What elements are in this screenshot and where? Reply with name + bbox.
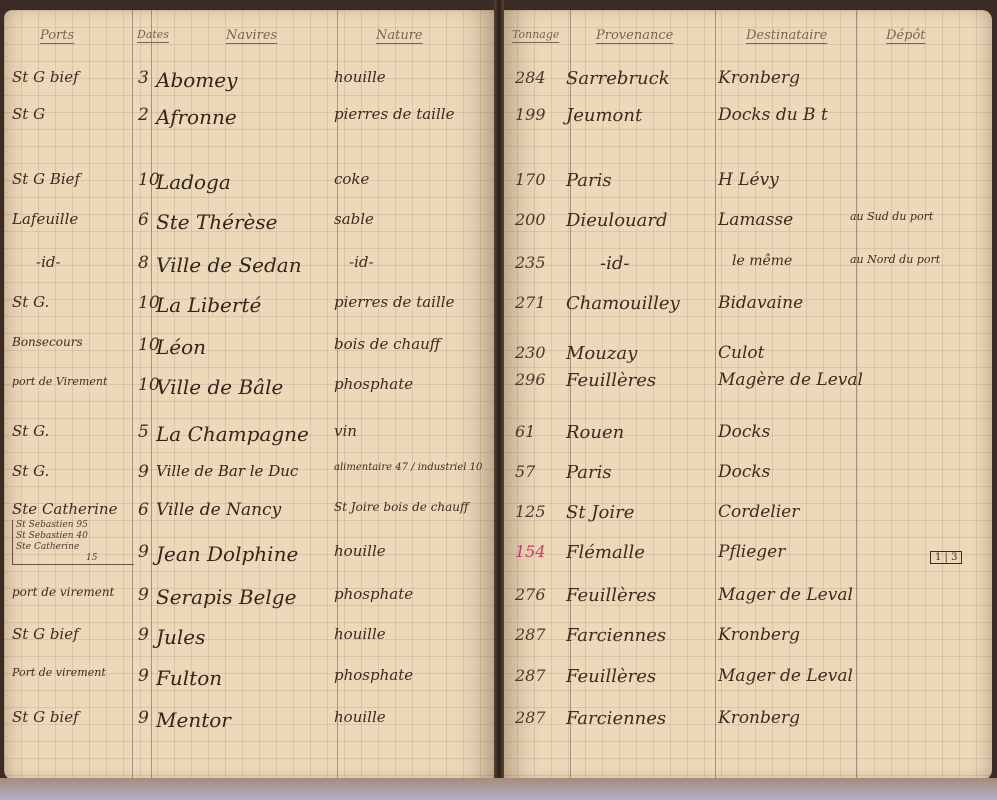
ledger-row: St G. 9 Ville de Bar le Duc alimentaire … xyxy=(4,462,497,496)
nature-cell: sable xyxy=(334,210,374,228)
ledger-row: 284 Sarrebruck Kronberg xyxy=(500,68,992,102)
tonnage-cell: 287 xyxy=(515,666,546,685)
date-cell: 2 xyxy=(138,105,149,125)
destinataire-cell: Culot xyxy=(718,343,764,363)
ledger-row: port de Virement 10 Ville de Bâle phosph… xyxy=(4,375,497,409)
port-cell: Port de virement xyxy=(12,666,137,679)
nature-cell: St Joire bois de chauff xyxy=(334,500,469,514)
ledger-row: port de virement 9 Serapis Belge phospha… xyxy=(4,585,497,619)
ledger-row: 154 Flémalle Pflieger xyxy=(500,542,992,576)
port-cell: St G. xyxy=(12,293,137,311)
ledger-row: Lafeuille 6 Ste Thérèse sable xyxy=(4,210,497,244)
margin-note-line: 15 xyxy=(16,553,134,564)
provenance-cell: Sarrebruck xyxy=(566,68,670,89)
date-cell: 6 xyxy=(138,210,149,230)
ledger-row: 199 Jeumont Docks du B t xyxy=(500,105,992,139)
provenance-cell: Farciennes xyxy=(566,708,666,729)
destinataire-cell: Kronberg xyxy=(718,68,800,88)
destinataire-cell: Kronberg xyxy=(718,625,800,645)
ship-name-cell: Ville de Bâle xyxy=(156,375,283,399)
ledger-row: 200 Dieulouard Lamasse au Sud du port xyxy=(500,210,992,244)
port-cell: St G Bief xyxy=(12,170,137,188)
ledger-row: 61 Rouen Docks xyxy=(500,422,992,456)
ship-name-cell: Ste Thérèse xyxy=(156,210,277,234)
nature-cell: houille xyxy=(334,542,386,560)
destinataire-cell: Mager de Leval xyxy=(718,666,853,686)
nature-cell: phosphate xyxy=(334,375,413,393)
date-cell: 9 xyxy=(138,625,149,645)
port-cell: St G xyxy=(12,105,137,123)
date-cell: 9 xyxy=(138,666,149,686)
header-nature: Nature xyxy=(376,28,423,43)
date-cell: 9 xyxy=(138,542,149,562)
destinataire-cell: Docks xyxy=(718,462,770,482)
port-cell: St G bief xyxy=(12,68,137,86)
ship-name-cell: Ladoga xyxy=(156,170,231,194)
ledger-row: Port de virement 9 Fulton phosphate xyxy=(4,666,497,700)
provenance-cell: Flémalle xyxy=(566,542,645,563)
provenance-cell: Mouzay xyxy=(566,343,637,364)
provenance-cell: Chamouilley xyxy=(566,293,680,314)
depot-box-note: 1 | 3 xyxy=(930,551,962,564)
ledger-row: St G bief 9 Jules houille xyxy=(4,625,497,659)
provenance-cell: St Joire xyxy=(566,502,634,523)
ship-name-cell: Serapis Belge xyxy=(156,585,296,609)
left-page: Ports Dates Navires Nature St G bief 3 A… xyxy=(4,10,497,780)
destinataire-cell: Lamasse xyxy=(718,210,793,230)
margin-note: St Sebastien 95 St Sebastien 40 Ste Cath… xyxy=(12,520,134,565)
nature-cell: coke xyxy=(334,170,369,188)
header-dates: Dates xyxy=(137,28,169,41)
ship-name-cell: Ville de Nancy xyxy=(156,500,281,520)
tonnage-cell: 200 xyxy=(515,210,546,229)
tonnage-cell: 61 xyxy=(515,422,535,441)
provenance-cell: -id- xyxy=(600,253,629,274)
tonnage-cell: 284 xyxy=(515,68,546,87)
nature-cell: houille xyxy=(334,68,386,86)
date-cell: 3 xyxy=(138,68,149,88)
ledger-row: -id- 8 Ville de Sedan -id- xyxy=(4,253,497,287)
header-destinataire: Destinataire xyxy=(746,28,827,43)
provenance-cell: Jeumont xyxy=(566,105,642,126)
destinataire-cell: Magère de Leval xyxy=(718,370,863,390)
tonnage-cell: 276 xyxy=(515,585,546,604)
ledger-row: 287 Feuillères Mager de Leval xyxy=(500,666,992,700)
depot-cell: au Nord du port xyxy=(850,253,940,266)
nature-cell: alimentaire 47 / industriel 10 xyxy=(334,462,482,473)
header-ports: Ports xyxy=(40,28,74,43)
tonnage-cell: 235 xyxy=(515,253,546,272)
depot-cell: au Sud du port xyxy=(850,210,933,223)
tonnage-cell: 125 xyxy=(515,502,546,521)
destinataire-cell: Docks xyxy=(718,422,770,442)
ledger-row: 287 Farciennes Kronberg xyxy=(500,625,992,659)
port-cell: St G. xyxy=(12,422,137,440)
ship-name-cell: Jean Dolphine xyxy=(156,542,298,566)
ship-name-cell: La Champagne xyxy=(156,422,309,446)
port-cell: St G bief xyxy=(12,625,137,643)
ship-name-cell: Afronne xyxy=(156,105,237,129)
port-cell: port de virement xyxy=(12,585,137,599)
ledger-row: 287 Farciennes Kronberg xyxy=(500,708,992,742)
port-cell: Bonsecours xyxy=(12,335,137,349)
ledger-row: 57 Paris Docks xyxy=(500,462,992,496)
margin-note-line: St Sebastien 40 xyxy=(16,531,134,542)
destinataire-cell: le même xyxy=(732,253,792,269)
ledger-row: 125 St Joire Cordelier xyxy=(500,502,992,536)
destinataire-cell: Cordelier xyxy=(718,502,799,522)
nature-cell: bois de chauff xyxy=(334,335,440,353)
port-cell: port de Virement xyxy=(12,375,137,388)
ledger-row: St G 2 Afronne pierres de taille xyxy=(4,105,497,139)
provenance-cell: Rouen xyxy=(566,422,624,443)
nature-cell: vin xyxy=(334,422,357,440)
nature-cell: houille xyxy=(334,708,386,726)
ledger-row: Bonsecours 10 Léon bois de chauff xyxy=(4,335,497,369)
ledger-row: 235 -id- le même au Nord du port xyxy=(500,253,992,287)
tonnage-cell: 230 xyxy=(515,343,546,362)
ship-name-cell: Ville de Sedan xyxy=(156,253,302,277)
book-gutter xyxy=(494,0,504,795)
port-cell: Lafeuille xyxy=(12,210,137,228)
destinataire-cell: Docks du B t xyxy=(718,105,828,125)
margin-note-line: Ste Catherine xyxy=(16,542,134,553)
date-cell: 9 xyxy=(138,708,149,728)
nature-cell: houille xyxy=(334,625,386,643)
destinataire-cell: Mager de Leval xyxy=(718,585,853,605)
provenance-cell: Paris xyxy=(566,462,612,483)
ship-name-cell: Ville de Bar le Duc xyxy=(156,462,298,480)
destinataire-cell: Kronberg xyxy=(718,708,800,728)
tonnage-cell: 57 xyxy=(515,462,535,481)
header-provenance: Provenance xyxy=(596,28,673,43)
date-cell: 8 xyxy=(138,253,149,273)
tonnage-cell: 287 xyxy=(515,625,546,644)
tonnage-cell: 170 xyxy=(515,170,546,189)
ledger-row: 296 Feuillères Magère de Leval xyxy=(500,370,992,404)
nature-cell: phosphate xyxy=(334,585,413,603)
provenance-cell: Feuillères xyxy=(566,585,656,606)
nature-cell: pierres de taille xyxy=(334,293,454,311)
tonnage-cell: 287 xyxy=(515,708,546,727)
provenance-cell: Feuillères xyxy=(566,666,656,687)
ledger-row: 271 Chamouilley Bidavaine xyxy=(500,293,992,327)
header-navires: Navires xyxy=(226,28,277,43)
ship-name-cell: Fulton xyxy=(156,666,222,690)
provenance-cell: Paris xyxy=(566,170,612,191)
date-cell: 6 xyxy=(138,500,149,520)
tonnage-cell: 271 xyxy=(515,293,546,312)
ledger-row: St G bief 3 Abomey houille xyxy=(4,68,497,102)
nature-cell: -id- xyxy=(349,253,374,271)
port-cell: Ste Catherine xyxy=(12,500,137,518)
provenance-cell: Feuillères xyxy=(566,370,656,391)
ship-name-cell: Abomey xyxy=(156,68,237,92)
provenance-cell: Dieulouard xyxy=(566,210,667,231)
header-depot: Dépôt xyxy=(886,28,926,43)
tonnage-cell: 154 xyxy=(515,542,546,561)
margin-note-line: St Sebastien 95 xyxy=(16,520,134,531)
ledger-row: St G. 5 La Champagne vin xyxy=(4,422,497,456)
ledger-row: St G. 10 La Liberté pierres de taille xyxy=(4,293,497,327)
port-cell: St G. xyxy=(12,462,137,480)
ship-name-cell: La Liberté xyxy=(156,293,261,317)
port-cell: St G bief xyxy=(12,708,137,726)
date-cell: 5 xyxy=(138,422,149,442)
ledger-row: 170 Paris H Lévy xyxy=(500,170,992,204)
date-cell: 9 xyxy=(138,585,149,605)
nature-cell: phosphate xyxy=(334,666,413,684)
ledger-row: St G Bief 10 Ladoga coke xyxy=(4,170,497,204)
nature-cell: pierres de taille xyxy=(334,105,454,123)
destinataire-cell: Bidavaine xyxy=(718,293,803,313)
provenance-cell: Farciennes xyxy=(566,625,666,646)
destinataire-cell: H Lévy xyxy=(718,170,779,190)
right-page: Tonnage Provenance Destinataire Dépôt 28… xyxy=(500,10,992,780)
ledger-row: 276 Feuillères Mager de Leval xyxy=(500,585,992,619)
date-cell: 9 xyxy=(138,462,149,482)
ship-name-cell: Mentor xyxy=(156,708,231,732)
ledger-spread: Ports Dates Navires Nature St G bief 3 A… xyxy=(0,0,997,790)
tonnage-cell: 296 xyxy=(515,370,546,389)
background-surface xyxy=(0,778,997,800)
ledger-row: St G bief 9 Mentor houille xyxy=(4,708,497,742)
tonnage-cell: 199 xyxy=(515,105,546,124)
ship-name-cell: Jules xyxy=(156,625,205,649)
header-tonnage: Tonnage xyxy=(512,28,559,41)
ship-name-cell: Léon xyxy=(156,335,206,359)
destinataire-cell: Pflieger xyxy=(718,542,785,562)
